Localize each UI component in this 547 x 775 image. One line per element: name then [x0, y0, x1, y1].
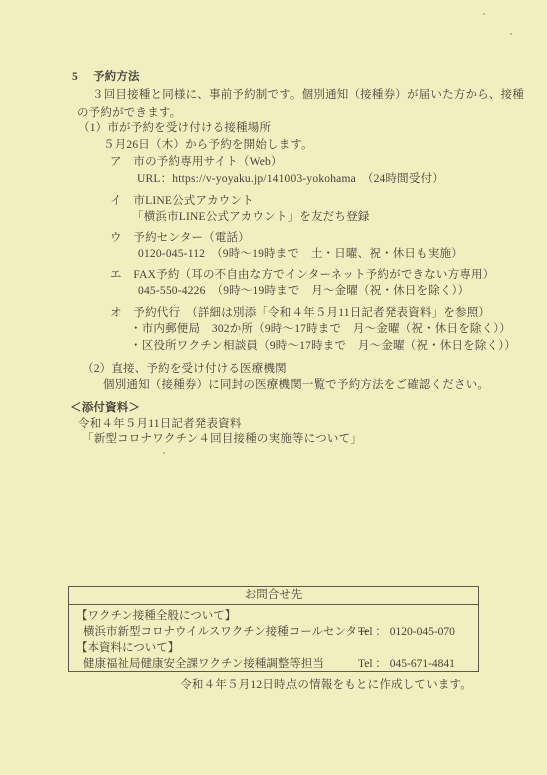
attachments-line-1: 令和４年５月11日記者発表資料: [78, 417, 242, 431]
scanned-notice-page: 5予約方法 ３回目接種と同様に、事前予約制です。個別通知（接種券）が届いた方から…: [0, 0, 547, 775]
intro-line-2: の予約ができます。: [77, 106, 181, 120]
item2-detail: 個別通知（接種券）に同封の医療機関一覧で予約方法をご確認ください。: [103, 378, 489, 392]
contact-category-this-document: 【本資料について】: [69, 640, 478, 656]
attachments-line-2: 「新型コロナワクチン４回目接種の実施等について」: [82, 432, 362, 446]
footer-note: 令和４年５月12日時点の情報をもとに作成しています。: [68, 676, 472, 692]
sub-a-title: ア 市の予約専用サイト（Web）: [110, 155, 283, 169]
contact-entry-health-bureau-tel: Tel ： 045-671-4841: [358, 656, 455, 672]
attachments-heading: ＜添付資料＞: [70, 401, 140, 415]
item1-start-note: ５月26日（木）から予約を開始します。: [103, 138, 313, 152]
item2-title: （2）直接、予約を受け付ける医療機関: [82, 362, 287, 376]
sub-e-detail: 045-550-4226 （9時～19時まで 月～金曜（祝・休日を除く））: [138, 284, 469, 298]
intro-line-1: ３回目接種と同様に、事前予約制です。個別通知（接種券）が届いた方から、接種: [92, 88, 524, 102]
sub-u-detail: 0120-045-112 （9時～19時まで 土・日曜、祝・休日も実施）: [138, 247, 463, 261]
contact-box-header: お問合せ先: [69, 587, 478, 605]
sub-o-title: オ 予約代行 （詳細は別添「令和４年５月11日記者発表資料」を参照）: [110, 306, 490, 320]
contact-entry-call-center-name: 横浜市新型コロナウイルスワクチン接種コールセンター: [83, 626, 369, 638]
sub-o-bullet-1: ・市内郵便局 302か所（9時～17時まで 月～金曜（祝・休日を除く））: [130, 322, 511, 336]
sub-e-title: エ FAX予約（耳の不自由な方でインターネット予約ができない方専用）: [110, 268, 494, 282]
contact-category-vaccine-general: 【ワクチン接種全般について】: [69, 608, 478, 624]
section-title: 予約方法: [93, 71, 140, 83]
section-number: 5: [72, 71, 78, 83]
contact-entry-health-bureau: 健康福祉局健康安全課ワクチン接種調整等担当Tel ： 045-671-4841: [69, 656, 478, 672]
sub-i-detail: 「横浜市LINE公式アカウント」を友だち登録: [132, 210, 369, 224]
contact-box-body: 【ワクチン接種全般について】 横浜市新型コロナウイルスワクチン接種コールセンター…: [69, 605, 478, 672]
section-heading: 5予約方法: [72, 70, 140, 84]
sub-o-bullet-2: ・区役所ワクチン相談員（9時～17時まで 月～金曜（祝・休日を除く））: [130, 339, 516, 353]
contact-entry-call-center-tel: Tel ： 0120-045-070: [358, 624, 455, 640]
sub-a-url: URL：https://v-yoyaku.jp/141003-yokohama …: [137, 172, 444, 186]
sub-u-title: ウ 予約センター（電話）: [110, 231, 250, 245]
contact-entry-call-center: 横浜市新型コロナウイルスワクチン接種コールセンターTel ： 0120-045-…: [69, 624, 478, 640]
scan-speck: [483, 13, 485, 15]
contact-box: お問合せ先 【ワクチン接種全般について】 横浜市新型コロナウイルスワクチン接種コ…: [68, 586, 479, 672]
scan-speck: [163, 452, 165, 454]
item1-title: （1）市が予約を受け付ける接種場所: [78, 121, 271, 135]
contact-entry-health-bureau-name: 健康福祉局健康安全課ワクチン接種調整等担当: [83, 658, 324, 670]
sub-i-title: イ 市LINE公式アカウント: [110, 194, 254, 208]
scan-speck: [510, 33, 512, 35]
